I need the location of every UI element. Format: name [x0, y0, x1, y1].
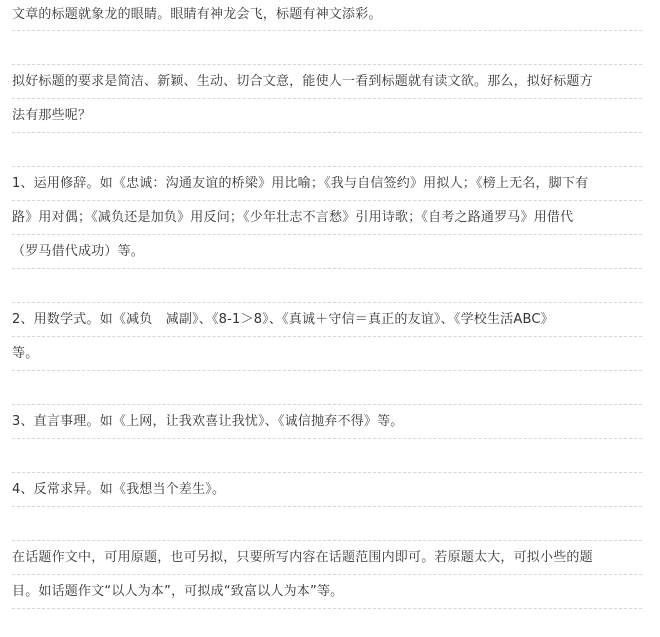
article-body: 文章的标题就象龙的眼睛。眼睛有神龙会飞，标题有神文添彩。 拟好标题的要求是简洁、…: [12, 0, 642, 609]
text-line-method-4: 4、反常求异。如《我想当个差生》。: [12, 473, 642, 507]
text-line-method-3: 3、直言事理。如《上网，让我欢喜让我忧》、《诚信抛弃不得》等。: [12, 405, 642, 439]
text-line-topic-essay-cont: 目。如话题作文“以人为本”，可拟成“致富以人为本”等。: [12, 575, 642, 609]
blank-line: [12, 31, 642, 65]
text-line-method-1-cont: （罗马借代成功）等。: [12, 235, 642, 269]
text-line-method-1: 1、运用修辞。如《忠诚：沟通友谊的桥梁》用比喻；《我与自信签约》用拟人；《榜上无…: [12, 167, 642, 201]
text-line-intro: 文章的标题就象龙的眼睛。眼睛有神龙会飞，标题有神文添彩。: [12, 0, 642, 31]
text-line-method-2: 2、用数学式。如《减负 减副》、《8-1＞8》、《真诚＋守信＝真正的友谊》、《学…: [12, 303, 642, 337]
blank-line: [12, 269, 642, 303]
blank-line: [12, 439, 642, 473]
blank-line: [12, 133, 642, 167]
text-line-topic-essay: 在话题作文中，可用原题，也可另拟，只要所写内容在话题范围内即可。若原题太大，可拟…: [12, 541, 642, 575]
text-line-method-1-cont: 路》用对偶；《减负还是加负》用反问；《少年壮志不言愁》引用诗歌；《自考之路通罗马…: [12, 201, 642, 235]
blank-line: [12, 507, 642, 541]
blank-line: [12, 371, 642, 405]
text-line-method-2-cont: 等。: [12, 337, 642, 371]
text-line-requirements: 拟好标题的要求是简洁、新颖、生动、切合文意，能使人一看到标题就有读文欲。那么，拟…: [12, 65, 642, 99]
text-line-requirements-cont: 法有那些呢？: [12, 99, 642, 133]
